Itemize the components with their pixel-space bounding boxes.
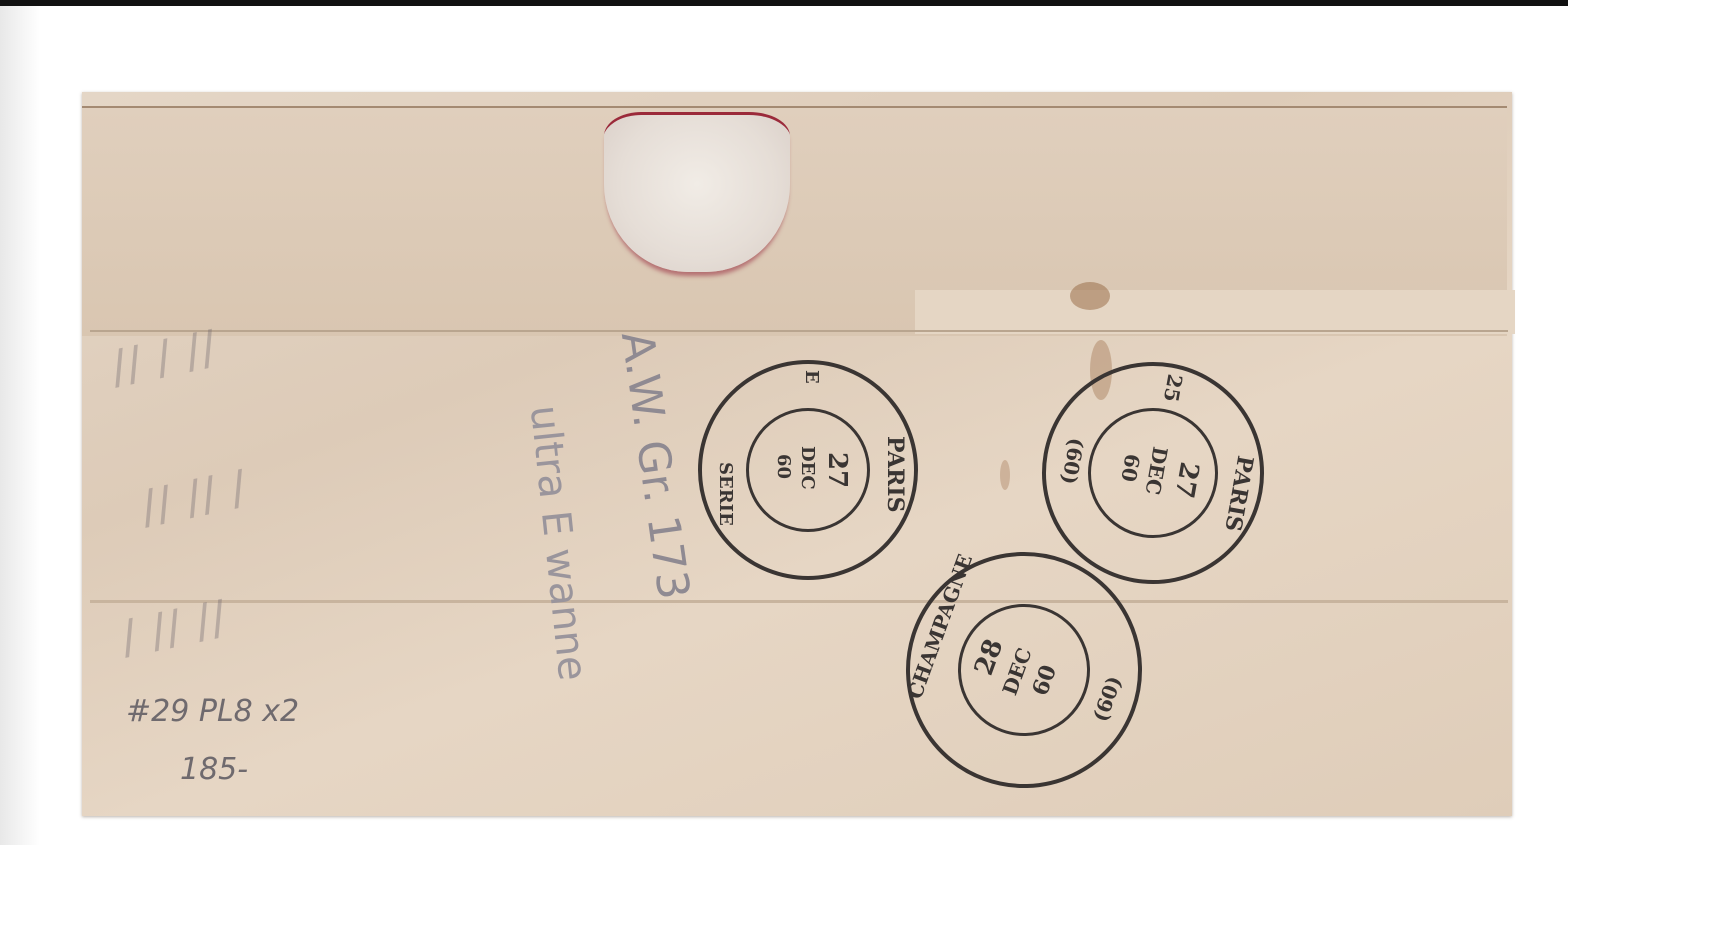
pencil-catalog-note: #29 PL8 x2 (126, 694, 299, 729)
postmark-department: (60) (1057, 436, 1089, 486)
postmark-series: SERIE (715, 462, 736, 526)
postmark-month: DEC (797, 446, 818, 490)
postmark-day: 27 (1168, 460, 1204, 501)
postmark-town: PARIS (1219, 454, 1258, 534)
postmark-year: 60 (773, 454, 794, 479)
fold-line-upper (90, 330, 1508, 332)
brown-stain (1070, 282, 1110, 310)
postmark-town: PARIS (882, 436, 908, 512)
pencil-date-note: 185- (180, 752, 248, 787)
scanner-edge (0, 0, 1568, 6)
postmark-office-number: 25 (1159, 372, 1187, 404)
postmark-day: 27 (822, 452, 852, 488)
scan-shadow (0, 6, 40, 845)
postmark-letter: E (801, 370, 822, 384)
postmark-year: 60 (1116, 452, 1144, 484)
fold-line-lower (90, 600, 1508, 603)
paris-postmark-left: PARIS SERIE E 27 DEC 60 (698, 360, 918, 580)
flap-notch (915, 290, 1515, 334)
postmark-department: (60) (1088, 673, 1127, 725)
brown-stain (1000, 460, 1010, 490)
wax-seal (604, 112, 790, 272)
